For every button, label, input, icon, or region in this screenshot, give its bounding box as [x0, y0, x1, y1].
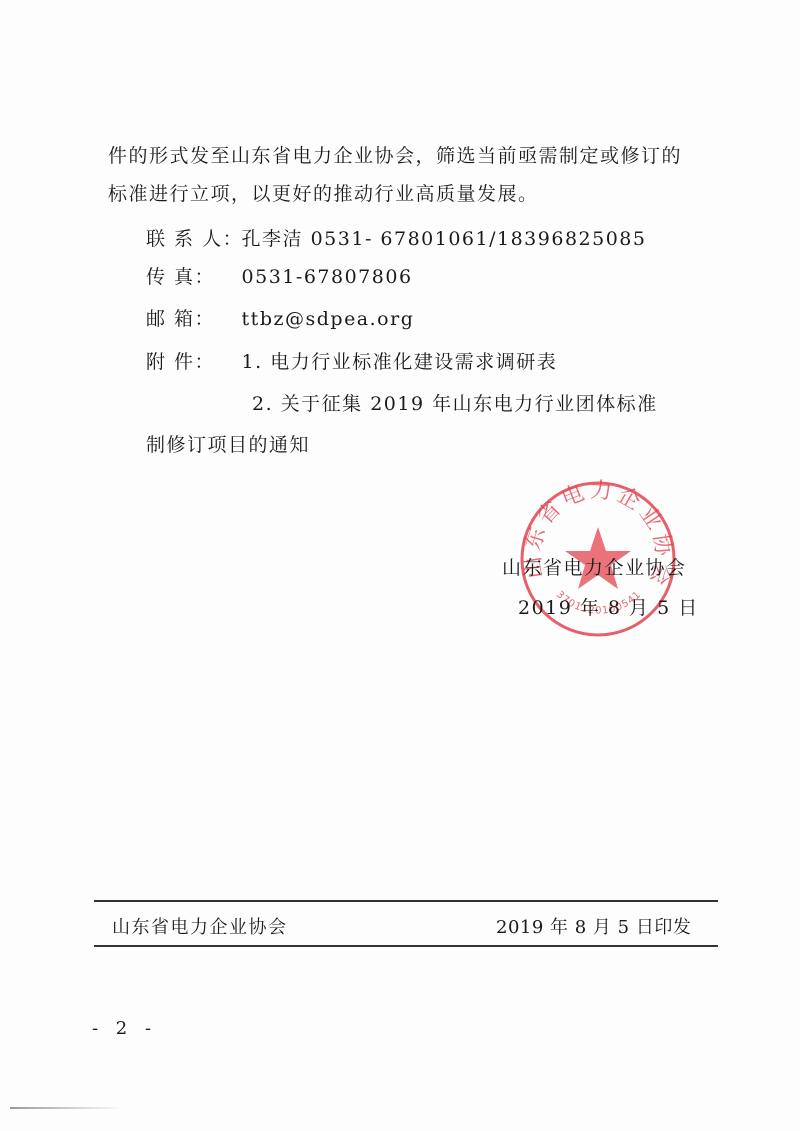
attachment-item-2-continued: 制修订项目的通知 — [146, 433, 310, 457]
contact-person-label: 联 系 人： — [146, 227, 234, 251]
footer-bottom-rule — [94, 945, 718, 947]
contact-person-value: 孔李洁 0531- 67801061/18396825085 — [242, 228, 647, 250]
footer-issuer: 山东省电力企业协会 — [112, 916, 288, 940]
contact-person-row: 联 系 人： 孔李洁 0531- 67801061/18396825085 — [146, 227, 646, 251]
scan-edge-line — [10, 1107, 126, 1109]
signature-org: 山东省电力企业协会 — [502, 556, 687, 580]
fax-row: 传 真： 0531-67807806 — [146, 265, 413, 289]
email-row: 邮 箱： ttbz@sdpea.org — [146, 307, 414, 331]
fax-label: 传 真： — [146, 265, 234, 289]
email-label: 邮 箱： — [146, 307, 234, 331]
body-paragraph-line-1: 件的形式发至山东省电力企业协会，筛选当前亟需制定或修订的 — [108, 144, 682, 168]
attachments-label: 附 件： — [146, 350, 234, 374]
footer-top-rule — [94, 900, 718, 902]
page-number: - 2 - — [92, 1018, 157, 1039]
fax-value: 0531-67807806 — [242, 266, 413, 288]
email-value: ttbz@sdpea.org — [242, 308, 415, 330]
attachment-item-1: 1. 电力行业标准化建设需求调研表 — [242, 351, 558, 373]
body-paragraph-line-2: 标准进行立项，以更好的推动行业高质量发展。 — [108, 182, 539, 206]
attachments-row: 附 件： 1. 电力行业标准化建设需求调研表 — [146, 350, 557, 374]
signature-date: 2019 年 8 月 5 日 — [518, 596, 699, 620]
footer-issued-date: 2019 年 8 月 5 日印发 — [496, 916, 691, 940]
attachment-item-2: 2. 关于征集 2019 年山东电力行业团体标准 — [252, 392, 658, 416]
